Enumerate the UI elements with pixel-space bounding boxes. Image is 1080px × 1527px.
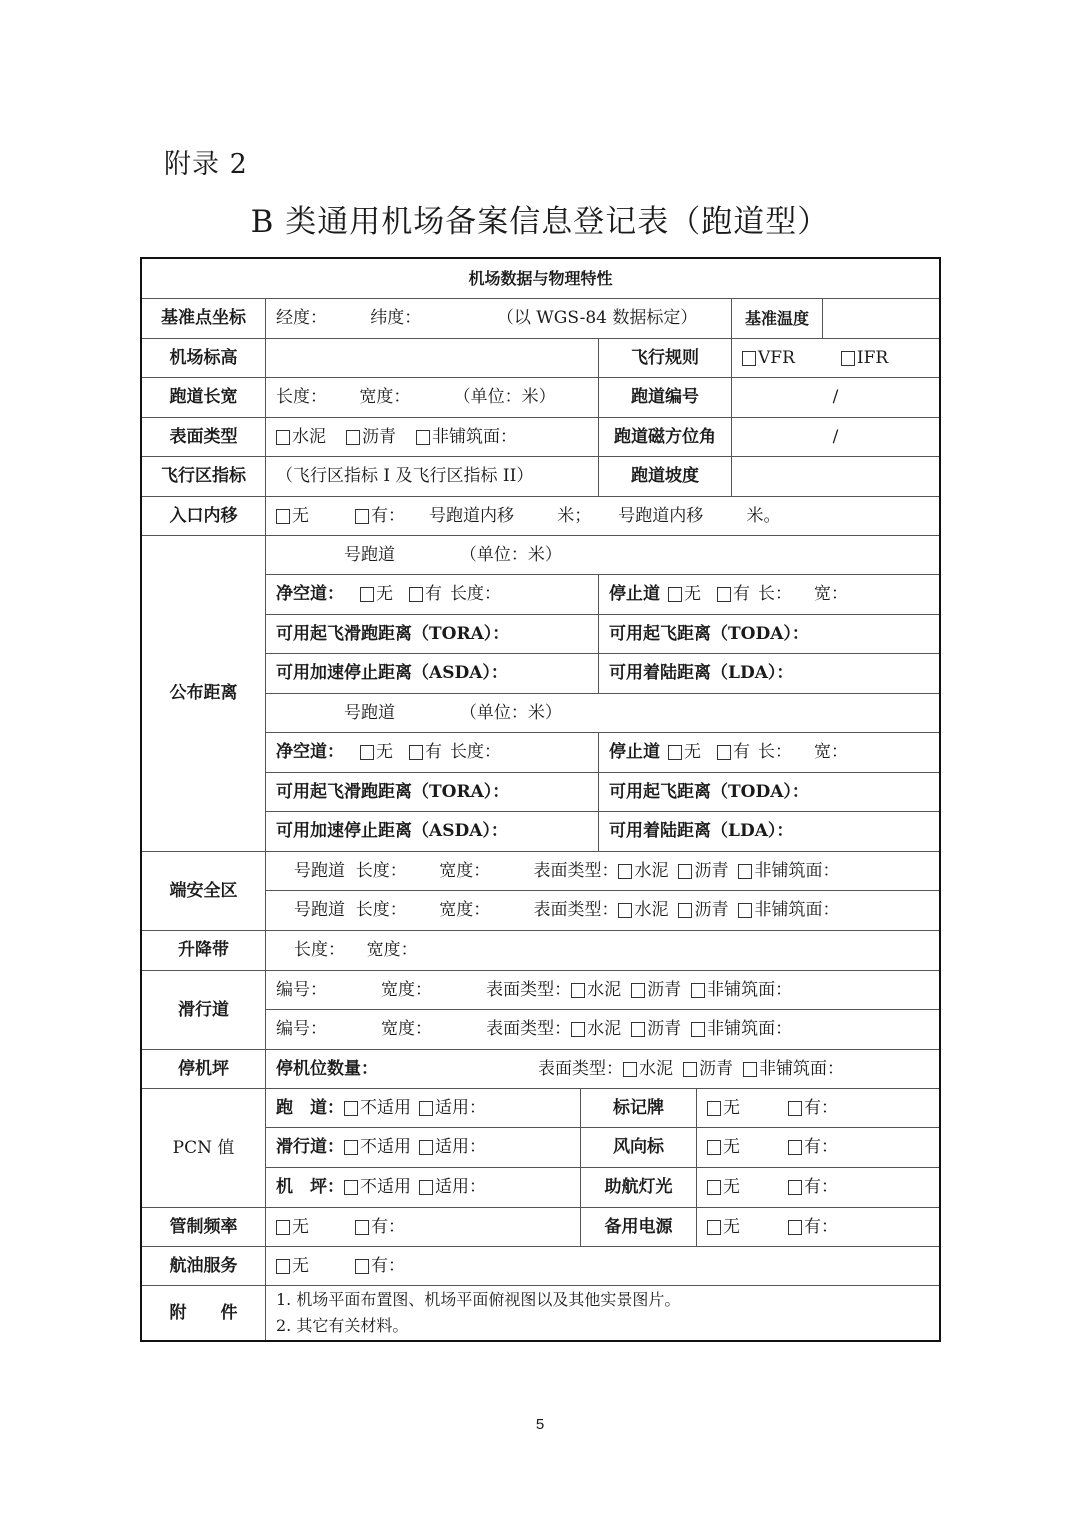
cement-checkbox[interactable]	[618, 864, 632, 879]
attachments-list: 1. 机场平面布置图、机场平面俯视图以及其他实景图片。 2. 其它有关材料。	[266, 1286, 939, 1340]
cement-label: 水泥	[634, 861, 668, 881]
stand-count-field[interactable]: 停机位数量：	[276, 1059, 378, 1079]
registration-form-table: 机场数据与物理特性 基准点坐标 经度： 纬度： （以 WGS-84 数据标定） …	[140, 257, 941, 1342]
asda-field-1[interactable]: 可用加速停止距离（ASDA）：	[266, 654, 598, 693]
stopway-width[interactable]: 宽：	[814, 584, 848, 604]
pcn-runway: 跑 道： 不适用 适用：	[266, 1089, 580, 1127]
cement-checkbox[interactable]	[571, 983, 585, 998]
fuel-service-options: 无 有：	[266, 1247, 939, 1285]
declared-runway-1[interactable]: 号跑道 （单位：米）	[266, 536, 939, 574]
yes-label: 有：	[371, 1256, 405, 1276]
cement-label: 水泥	[587, 1019, 621, 1039]
stopway-yes-checkbox[interactable]	[717, 587, 731, 602]
asphalt-label: 沥青	[647, 1019, 681, 1039]
na-label: 不适用	[360, 1098, 411, 1118]
attachment-item: 1. 机场平面布置图、机场平面俯视图以及其他实景图片。	[276, 1287, 680, 1313]
none-checkbox[interactable]	[707, 1180, 721, 1195]
pcn-label: PCN 值	[142, 1089, 265, 1207]
applicable-checkbox[interactable]	[419, 1180, 433, 1195]
none-checkbox[interactable]	[276, 1220, 290, 1235]
stopway-label: 停止道	[609, 742, 660, 762]
unpaved-checkbox[interactable]	[691, 983, 705, 998]
flight-rule-options: VFR IFR	[732, 339, 939, 377]
none-label: 无	[376, 742, 393, 762]
col-divider	[598, 732, 599, 851]
clearway-none-checkbox[interactable]	[360, 587, 374, 602]
none-label: 无	[684, 742, 701, 762]
stopway-width[interactable]: 宽：	[814, 742, 848, 762]
resa-detail[interactable]: 号跑道 长度： 宽度： 表面类型：	[294, 900, 618, 920]
clearway-yes-checkbox[interactable]	[409, 745, 423, 760]
strip-label: 升降带	[142, 931, 265, 970]
clearway-yes-checkbox[interactable]	[409, 587, 423, 602]
attachments-label: 附 件	[142, 1286, 265, 1340]
yes-checkbox[interactable]	[355, 1220, 369, 1235]
pcn-item-label: 滑行道：	[276, 1137, 344, 1157]
ref-temp-field[interactable]	[823, 299, 939, 338]
resa-detail[interactable]: 号跑道 长度： 宽度： 表面类型：	[294, 861, 618, 881]
yes-checkbox[interactable]	[788, 1101, 802, 1116]
backup-power-options: 无 有：	[697, 1208, 939, 1246]
threshold-options: 无 有： 号跑道内移 米； 号跑道内移 米。	[266, 497, 939, 535]
runway-number-field[interactable]: /	[732, 378, 939, 417]
none-label: 无	[723, 1217, 740, 1237]
cement-label: 水泥	[639, 1059, 673, 1079]
elevation-label: 机场标高	[142, 339, 265, 377]
col-divider	[731, 298, 732, 496]
windsock-label: 风向标	[581, 1128, 696, 1167]
unpaved-checkbox[interactable]	[416, 430, 430, 445]
clearway-label: 净空道：	[276, 584, 344, 604]
unpaved-label: 非铺筑面：	[754, 861, 839, 881]
surface-prefix: 表面类型：	[538, 1059, 623, 1079]
none-label: 无	[376, 584, 393, 604]
asphalt-checkbox[interactable]	[678, 864, 692, 879]
stopway-length[interactable]: 长：	[758, 584, 792, 604]
clearway-label: 净空道：	[276, 742, 344, 762]
clearway-none-checkbox[interactable]	[360, 745, 374, 760]
section-title: 机场数据与物理特性	[142, 259, 939, 298]
stopway-none-checkbox[interactable]	[668, 587, 682, 602]
backup-power-label: 备用电源	[581, 1208, 696, 1246]
taxiway-detail[interactable]: 编号： 宽度： 表面类型：	[276, 1019, 571, 1039]
none-checkbox[interactable]	[707, 1220, 721, 1235]
resa-row-2: 号跑道 长度： 宽度： 表面类型： 水泥 沥青 非铺筑面：	[266, 891, 939, 930]
apron-label: 停机坪	[142, 1050, 265, 1088]
runway-slope-field[interactable]	[732, 457, 939, 496]
yes-label: 有	[425, 584, 442, 604]
none-label: 无	[684, 584, 701, 604]
unpaved-label: 非铺筑面：	[759, 1059, 844, 1079]
fuel-service-label: 航油服务	[142, 1247, 265, 1285]
resa-row-1: 号跑道 长度： 宽度： 表面类型： 水泥 沥青 非铺筑面：	[266, 852, 939, 890]
yes-checkbox[interactable]	[788, 1220, 802, 1235]
surface-options: 水泥 沥青 非铺筑面：	[266, 418, 598, 456]
atc-frequency-label: 管制频率	[142, 1208, 265, 1246]
navaid-lighting-options: 无 有：	[697, 1168, 939, 1207]
asphalt-label: 沥青	[694, 900, 728, 920]
col-divider	[265, 298, 266, 1340]
pcn-apron: 机 坪： 不适用 适用：	[266, 1168, 580, 1207]
threshold-label: 入口内移	[142, 497, 265, 535]
unpaved-label: 非铺筑面：	[707, 1019, 792, 1039]
cement-checkbox[interactable]	[618, 903, 632, 918]
applicable-label: 适用：	[435, 1137, 486, 1157]
runway-slope-label: 跑道坡度	[599, 457, 731, 496]
clearway-1: 净空道： 无 有 长度：	[266, 575, 598, 614]
applicable-label: 适用：	[435, 1177, 486, 1197]
asphalt-label: 沥青	[362, 427, 396, 447]
stopway-none-checkbox[interactable]	[668, 745, 682, 760]
sign-options: 无 有：	[697, 1089, 939, 1127]
magnetic-bearing-field[interactable]: /	[732, 418, 939, 456]
cement-label: 水泥	[292, 427, 326, 447]
none-checkbox[interactable]	[276, 1259, 290, 1274]
cement-checkbox[interactable]	[276, 430, 290, 445]
runway-size-label: 跑道长宽	[142, 378, 265, 417]
tora-field-2[interactable]: 可用起飞滑跑距离（TORA）：	[266, 773, 598, 811]
none-checkbox[interactable]	[707, 1101, 721, 1116]
none-label: 无	[723, 1098, 740, 1118]
threshold-none-checkbox[interactable]	[276, 509, 290, 524]
vfr-label: VFR	[758, 348, 795, 368]
cement-label: 水泥	[587, 980, 621, 1000]
col-divider	[598, 338, 599, 496]
toda-field-2[interactable]: 可用起飞距离（TODA）：	[599, 773, 939, 811]
page-number: 5	[0, 1416, 1080, 1433]
magnetic-bearing-label: 跑道磁方位角	[599, 418, 731, 456]
unpaved-checkbox[interactable]	[738, 903, 752, 918]
windsock-options: 无 有：	[697, 1128, 939, 1167]
na-label: 不适用	[360, 1137, 411, 1157]
strip-field[interactable]: 长度： 宽度：	[266, 931, 939, 970]
cement-checkbox[interactable]	[571, 1022, 585, 1037]
unpaved-label: 非铺筑面：	[432, 427, 517, 447]
asphalt-label: 沥青	[694, 861, 728, 881]
apron-row: 停机位数量： 表面类型： 水泥 沥青 非铺筑面：	[266, 1050, 939, 1088]
applicable-label: 适用：	[435, 1098, 486, 1118]
ifr-label: IFR	[857, 348, 888, 368]
asphalt-label: 沥青	[699, 1059, 733, 1079]
yes-label: 有	[733, 584, 750, 604]
na-checkbox[interactable]	[344, 1101, 358, 1116]
ref-temp-label: 基准温度	[732, 299, 822, 338]
yes-label: 有：	[804, 1177, 838, 1197]
tora-field-1[interactable]: 可用起飞滑跑距离（TORA）：	[266, 615, 598, 653]
na-label: 不适用	[360, 1177, 411, 1197]
taxiway-detail[interactable]: 编号： 宽度： 表面类型：	[276, 980, 571, 1000]
na-checkbox[interactable]	[344, 1180, 358, 1195]
none-label: 无	[292, 1217, 309, 1237]
col-divider	[822, 298, 823, 338]
taxiway-row-1: 编号： 宽度： 表面类型： 水泥 沥青 非铺筑面：	[266, 971, 939, 1009]
lda-field-2[interactable]: 可用着陆距离（LDA）：	[599, 812, 939, 851]
atc-frequency-options: 无 有：	[266, 1208, 580, 1246]
runway-size-field[interactable]: 长度： 宽度： （单位：米）	[266, 378, 598, 417]
yes-label: 有	[425, 742, 442, 762]
na-checkbox[interactable]	[344, 1140, 358, 1155]
yes-label: 有：	[371, 506, 405, 526]
declared-runway-2[interactable]: 号跑道 （单位：米）	[266, 694, 939, 732]
stopway-1: 停止道 无 有 长： 宽：	[599, 575, 939, 614]
yes-label: 有：	[804, 1098, 838, 1118]
yes-label: 有：	[804, 1137, 838, 1157]
stopway-length[interactable]: 长：	[758, 742, 792, 762]
pcn-taxiway: 滑行道： 不适用 适用：	[266, 1128, 580, 1167]
yes-label: 有：	[804, 1217, 838, 1237]
cement-checkbox[interactable]	[623, 1062, 637, 1077]
unpaved-label: 非铺筑面：	[754, 900, 839, 920]
yes-label: 有：	[371, 1217, 405, 1237]
asda-field-2[interactable]: 可用加速停止距离（ASDA）：	[266, 812, 598, 851]
yes-checkbox[interactable]	[355, 1259, 369, 1274]
appendix-label: 附录 2	[164, 142, 248, 181]
pcn-item-label: 机 坪：	[276, 1177, 344, 1197]
navaid-lighting-label: 助航灯光	[581, 1168, 696, 1207]
clearway-length[interactable]: 长度：	[450, 584, 501, 604]
unpaved-label: 非铺筑面：	[707, 980, 792, 1000]
cement-label: 水泥	[634, 900, 668, 920]
asphalt-checkbox[interactable]	[631, 983, 645, 998]
col-divider	[580, 1088, 581, 1246]
clearway-2: 净空道： 无 有 长度：	[266, 733, 598, 772]
toda-field-1[interactable]: 可用起飞距离（TODA）：	[599, 615, 939, 653]
runway-number-label: 跑道编号	[599, 378, 731, 417]
unpaved-checkbox[interactable]	[738, 864, 752, 879]
page-title: B 类通用机场备案信息登记表（跑道型）	[0, 196, 1080, 241]
unpaved-checkbox[interactable]	[691, 1022, 705, 1037]
ref-point-field[interactable]: 经度： 纬度： （以 WGS-84 数据标定）	[266, 299, 731, 338]
surface-label: 表面类型	[142, 418, 265, 456]
flight-rule-label: 飞行规则	[599, 339, 731, 377]
none-label: 无	[723, 1137, 740, 1157]
taxiway-row-2: 编号： 宽度： 表面类型： 水泥 沥青 非铺筑面：	[266, 1010, 939, 1049]
unpaved-checkbox[interactable]	[743, 1062, 757, 1077]
asphalt-checkbox[interactable]	[683, 1062, 697, 1077]
lda-field-1[interactable]: 可用着陆距离（LDA）：	[599, 654, 939, 693]
asphalt-label: 沥青	[647, 980, 681, 1000]
asphalt-checkbox[interactable]	[631, 1022, 645, 1037]
attachment-item: 2. 其它有关材料。	[276, 1313, 408, 1339]
resa-label: 端安全区	[142, 852, 265, 930]
ref-point-label: 基准点坐标	[142, 299, 265, 338]
ifr-checkbox[interactable]	[841, 351, 855, 366]
asphalt-checkbox[interactable]	[346, 430, 360, 445]
taxiway-label: 滑行道	[142, 971, 265, 1049]
stopway-label: 停止道	[609, 584, 660, 604]
none-checkbox[interactable]	[707, 1140, 721, 1155]
yes-label: 有	[733, 742, 750, 762]
none-label: 无	[292, 1256, 309, 1276]
threshold-detail[interactable]: 号跑道内移 米； 号跑道内移 米。	[429, 506, 780, 526]
aerodrome-code-label: 飞行区指标	[142, 457, 265, 496]
stopway-2: 停止道 无 有 长： 宽：	[599, 733, 939, 772]
col-divider	[696, 1088, 697, 1246]
aerodrome-code-field[interactable]: （飞行区指标 I 及飞行区指标 II）	[266, 457, 598, 496]
yes-checkbox[interactable]	[788, 1140, 802, 1155]
asphalt-checkbox[interactable]	[678, 903, 692, 918]
yes-checkbox[interactable]	[788, 1180, 802, 1195]
clearway-length[interactable]: 长度：	[450, 742, 501, 762]
elevation-field[interactable]	[266, 339, 598, 377]
vfr-checkbox[interactable]	[742, 351, 756, 366]
stopway-yes-checkbox[interactable]	[717, 745, 731, 760]
declared-distance-label: 公布距离	[142, 536, 265, 851]
sign-label: 标记牌	[581, 1089, 696, 1127]
applicable-checkbox[interactable]	[419, 1101, 433, 1116]
none-label: 无	[723, 1177, 740, 1197]
threshold-yes-checkbox[interactable]	[355, 509, 369, 524]
pcn-item-label: 跑 道：	[276, 1098, 344, 1118]
col-divider	[598, 574, 599, 693]
none-label: 无	[292, 506, 309, 526]
applicable-checkbox[interactable]	[419, 1140, 433, 1155]
